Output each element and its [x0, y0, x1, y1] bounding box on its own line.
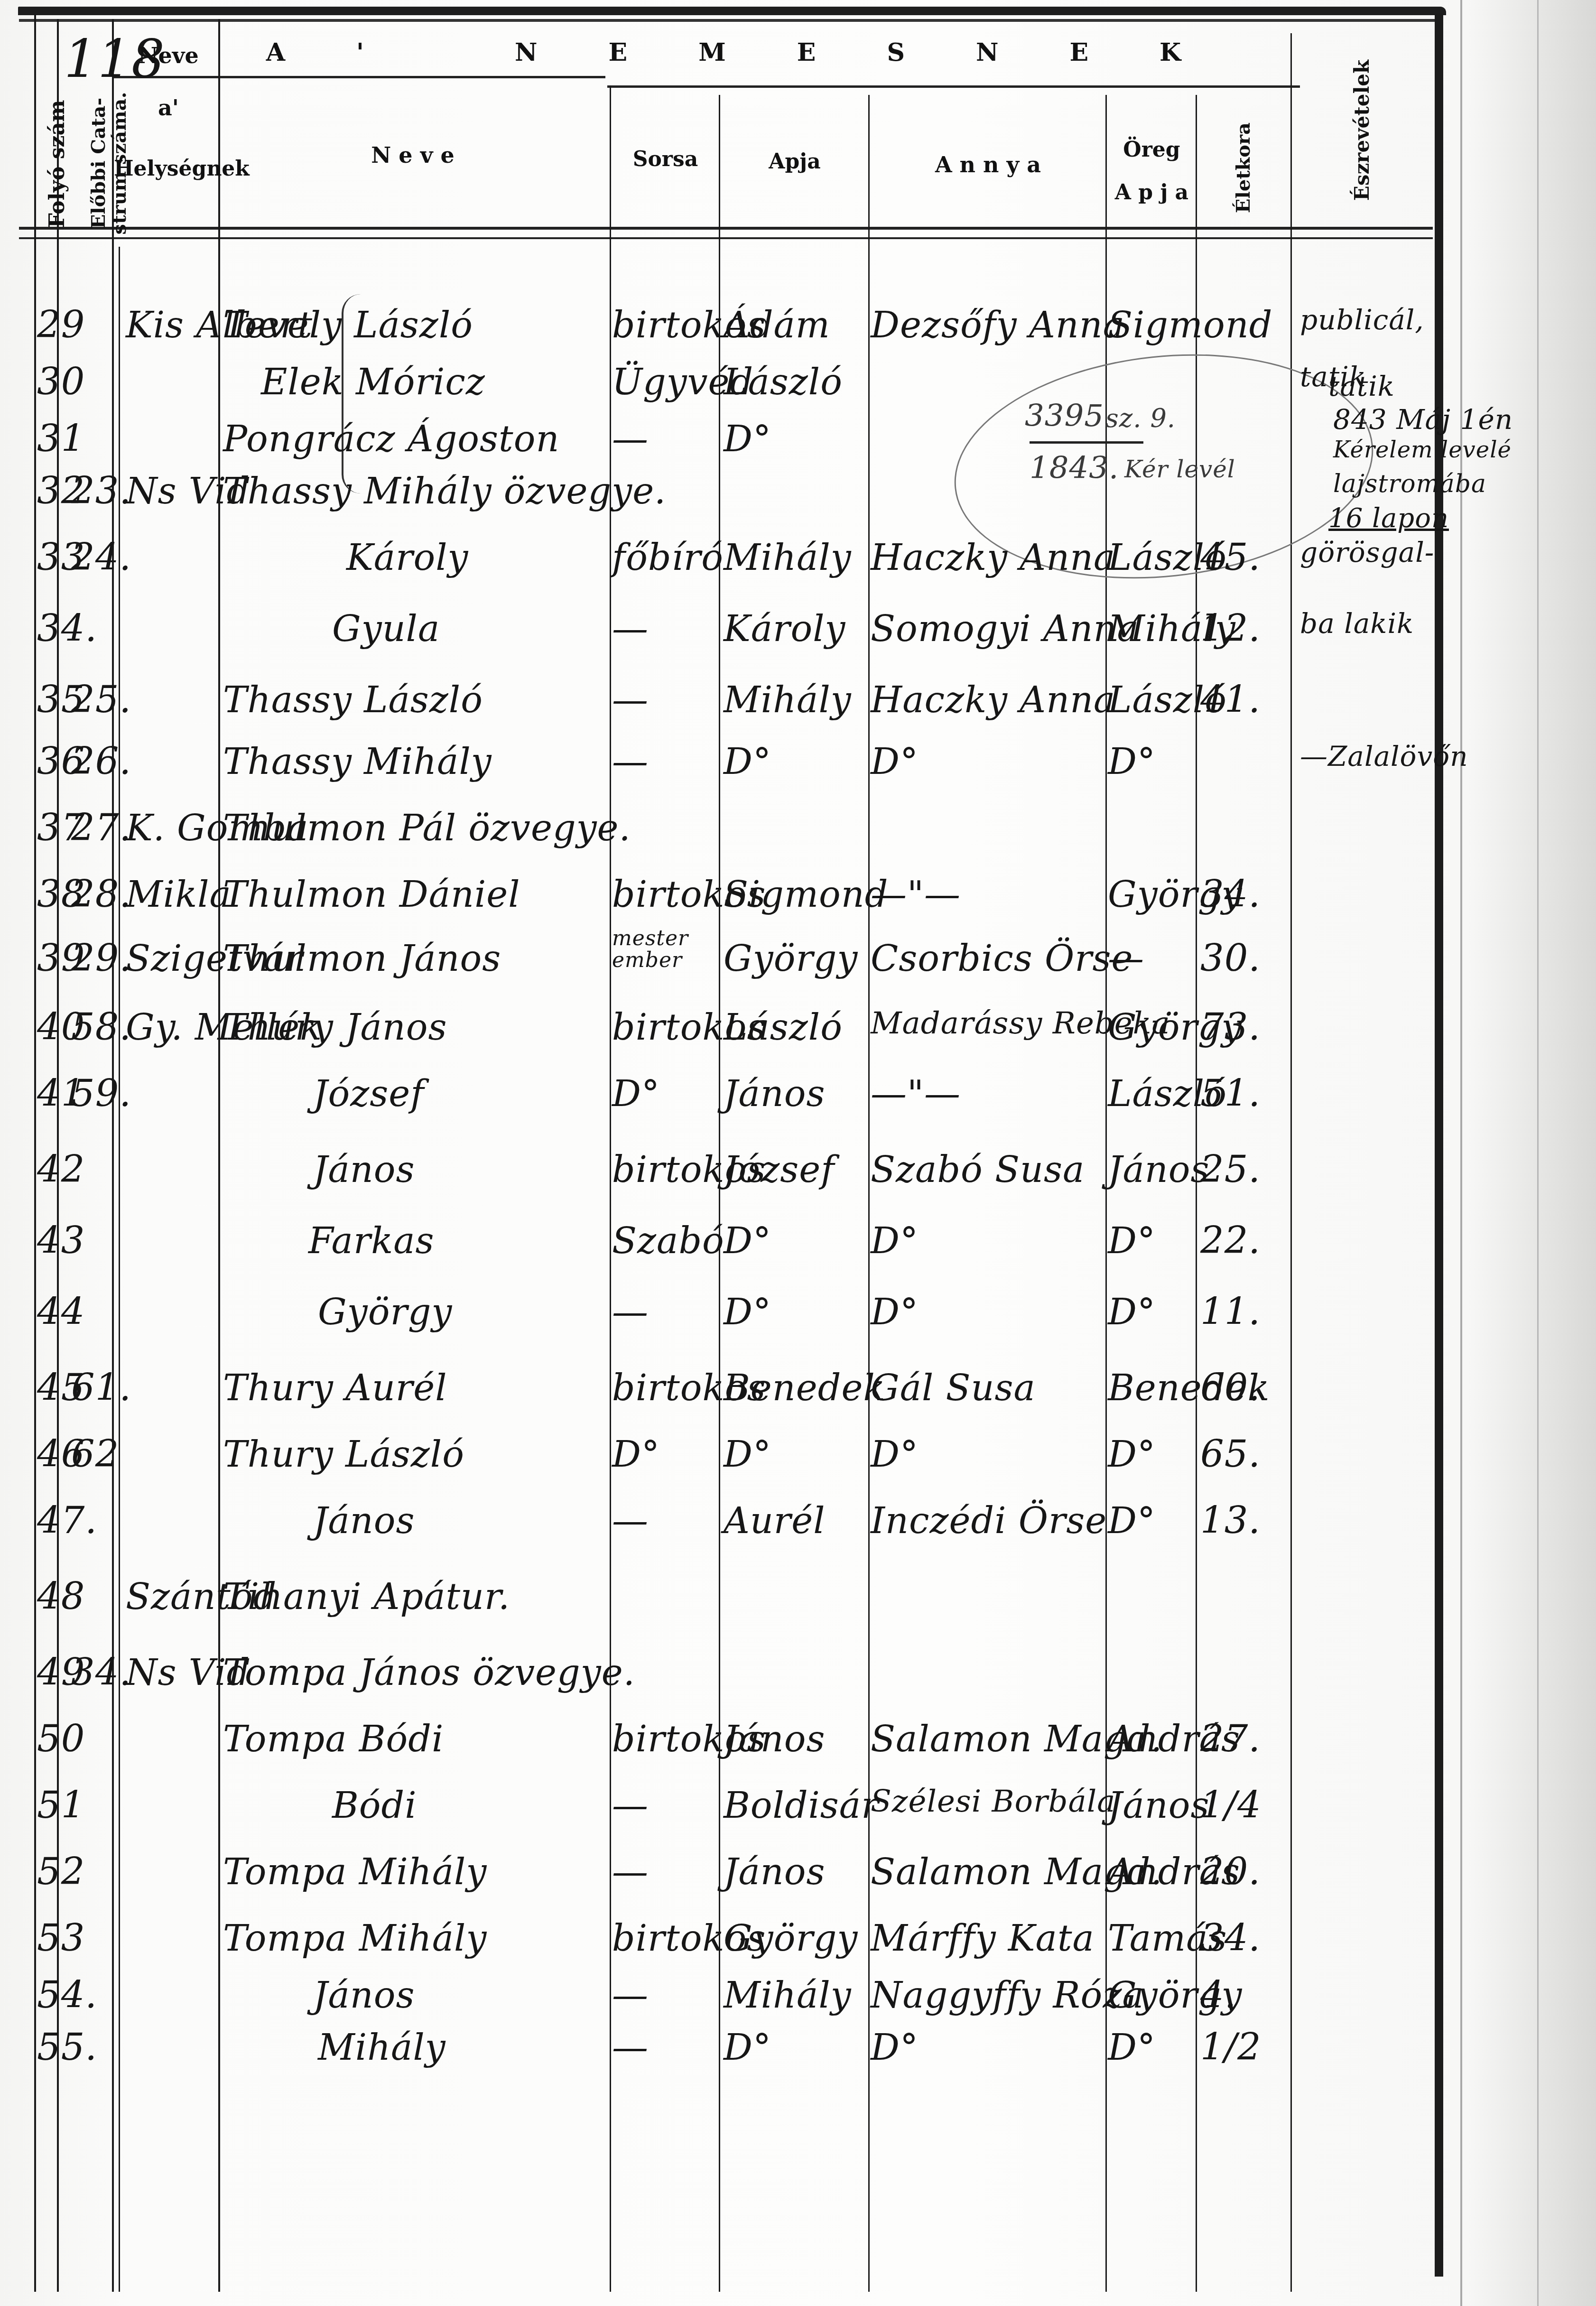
- cell-sorsa: —: [612, 607, 649, 650]
- cell-sorsa: D°: [612, 1433, 660, 1475]
- cell-folyo-szam: 34.: [37, 607, 97, 650]
- cell-eszrevetelek: görösgal-: [1300, 536, 1434, 568]
- cell-folyo-szam: 30: [37, 361, 85, 403]
- cell-catastrum: 59.: [71, 1072, 131, 1115]
- cell-neve: Thulmon Dániel: [223, 873, 520, 915]
- header-bottom-rule: [19, 227, 1433, 230]
- cell-eletkora: 13.: [1200, 1499, 1261, 1542]
- cell-annya: Haczky Anna: [871, 679, 1115, 721]
- cell-apja: László: [724, 1006, 843, 1048]
- cell-neve: Tihanyi Apátur.: [223, 1575, 510, 1618]
- cell-catastrum: 61.: [71, 1367, 131, 1409]
- top-border-rule-inner: [19, 19, 1442, 22]
- cell-annya: Somogyi Anna: [871, 607, 1139, 650]
- cell-apja: János: [724, 1718, 825, 1760]
- cell-neve: Thulmon Pál özvegye.: [223, 807, 631, 849]
- cell-eletkora: 27.: [1200, 1718, 1261, 1760]
- cell-apja: János: [724, 1850, 825, 1893]
- margin-note-3: Kérelem levelé: [1333, 437, 1512, 463]
- cell-oreg-apja: D°: [1108, 1433, 1156, 1475]
- col-rule-cat-right: [112, 19, 114, 2292]
- cell-eletkora: 73.: [1200, 1006, 1261, 1049]
- cell-folyo-szam: 53: [37, 1917, 85, 1960]
- cell-catastrum: 34.: [71, 1651, 131, 1694]
- cell-neve: Thury László: [223, 1433, 464, 1475]
- cell-sorsa: —: [612, 679, 649, 721]
- cell-eletkora: 65.: [1200, 1433, 1261, 1476]
- header-helyseg-line2: a': [119, 95, 218, 121]
- cell-folyo-szam: 47.: [37, 1499, 97, 1542]
- register-underline: [1030, 441, 1143, 444]
- cell-sorsa: —: [612, 740, 649, 782]
- cell-catastrum: 58.: [71, 1006, 131, 1049]
- register-note: Kér levél: [1124, 456, 1235, 483]
- cell-eletkora: 34.: [1200, 873, 1261, 916]
- cell-oreg-apja: D°: [1108, 1499, 1156, 1542]
- cell-neve: Károly: [346, 536, 468, 578]
- cell-neve: János: [313, 1974, 415, 2016]
- cell-annya: Inczédi Örse: [871, 1499, 1107, 1542]
- cell-annya: D°: [871, 740, 919, 782]
- cell-eszrevetelek: —Zalalövőn: [1300, 740, 1468, 772]
- margin-note-4: lajstromába: [1333, 470, 1486, 498]
- cell-sorsa: —: [612, 1974, 649, 2016]
- cell-annya: Haczky Anna: [871, 536, 1115, 578]
- cell-sorsa: —: [612, 1850, 649, 1893]
- cell-eletkora: 45.: [1200, 536, 1261, 579]
- cell-folyo-szam: 43: [37, 1219, 85, 1262]
- cell-neve: Tevely László: [223, 304, 473, 346]
- cell-eletkora: 1/4: [1200, 1784, 1262, 1827]
- page-edge-outer: [1537, 0, 1539, 2306]
- cell-sorsa: —: [612, 1784, 649, 1826]
- margin-note-5: 16 lapon: [1328, 503, 1449, 534]
- cell-neve: György: [318, 1291, 452, 1333]
- cell-neve: Thury János: [223, 1006, 447, 1048]
- cell-neve: Tompa János özvegye.: [223, 1651, 635, 1693]
- cell-neve: Thassy Mihály: [223, 740, 492, 782]
- cell-eletkora: 30.: [1200, 937, 1261, 980]
- cell-neve: Bódi: [332, 1784, 417, 1826]
- cell-catastrum: 28.: [71, 873, 131, 916]
- cell-apja: Mihály: [724, 679, 852, 721]
- cell-neve: József: [313, 1072, 424, 1115]
- cell-apja: János: [724, 1072, 825, 1115]
- subheader-rule-left: [112, 76, 605, 78]
- header-apja: Apja: [721, 149, 868, 174]
- page-edge: [1460, 0, 1462, 2306]
- cell-catastrum: 25.: [71, 679, 131, 721]
- cell-eletkora: 12.: [1200, 607, 1261, 650]
- cell-neve: Gyula: [332, 607, 440, 650]
- cell-apja: Mihály: [724, 1974, 852, 2016]
- cell-annya: Gál Susa: [871, 1367, 1036, 1409]
- cell-apja: Ádám: [724, 304, 830, 346]
- cell-oreg-apja: János: [1108, 1784, 1209, 1826]
- subheader-rule-right: [607, 85, 1300, 88]
- cell-eszrevetelek: publicál,: [1300, 304, 1424, 336]
- cell-helyseg: Mikla: [126, 873, 232, 915]
- cell-annya: —"—: [871, 1072, 961, 1115]
- cell-annya: Szabó Susa: [871, 1148, 1085, 1190]
- col-rule-nev: [610, 85, 611, 2292]
- cell-neve: Tompa Mihály: [223, 1850, 487, 1893]
- cell-neve: Pongrácz Ágoston: [223, 418, 559, 460]
- cell-sorsa: főbíró: [612, 536, 724, 578]
- cell-annya: D°: [871, 1291, 919, 1333]
- cell-annya: Szélesi Borbála: [871, 1784, 1115, 1819]
- col-rule-apja: [868, 95, 870, 2292]
- cell-neve: Thassy Mihály özvegye.: [223, 470, 666, 512]
- header-sorsa: Sorsa: [612, 147, 719, 171]
- cell-annya: D°: [871, 1433, 919, 1475]
- cell-apja: László: [724, 361, 843, 403]
- cell-apja: József: [724, 1148, 835, 1190]
- cell-apja: D°: [724, 2026, 771, 2068]
- register-year: 1843.: [1030, 451, 1119, 486]
- cell-annya: D°: [871, 1219, 919, 1262]
- cell-eszrevetelek: ba lakik: [1300, 607, 1414, 640]
- cell-folyo-szam: 50: [37, 1718, 85, 1760]
- cell-apja: Boldisár: [724, 1784, 879, 1826]
- cell-folyo-szam: 52: [37, 1850, 85, 1893]
- header-helyseg-line3: Helységnek: [114, 157, 223, 181]
- cell-folyo-szam: 54.: [37, 1974, 97, 2017]
- header-bottom-rule-2: [19, 237, 1433, 239]
- cell-sorsa: —: [612, 1291, 649, 1333]
- cell-apja: D°: [724, 1433, 771, 1475]
- header-eszrevetelek: Észrevételek: [1350, 12, 1373, 249]
- cell-apja: Sigmond: [724, 873, 888, 915]
- header-helyseg-line1: Neve: [119, 43, 218, 68]
- cell-eletkora: 22.: [1200, 1219, 1261, 1262]
- margin-note-2: 843 Máj 1én: [1333, 403, 1513, 436]
- cell-apja: Benedek: [724, 1367, 885, 1409]
- cell-annya: Márffy Kata: [871, 1917, 1095, 1959]
- cell-apja: D°: [724, 740, 771, 782]
- header-oreg-line1: Öreg: [1108, 138, 1196, 162]
- register-suffix: sz. 9.: [1105, 403, 1176, 433]
- right-border-rule: [1435, 13, 1443, 2277]
- cell-neve: János: [313, 1499, 415, 1542]
- top-border-rule: [18, 7, 1446, 15]
- cell-sorsa: Szabó: [612, 1219, 724, 1262]
- cell-apja: Aurél: [724, 1499, 825, 1542]
- cell-folyo-szam: 31: [37, 418, 85, 460]
- cell-sorsa: —: [612, 2026, 649, 2068]
- cell-folyo-szam: 29: [37, 304, 85, 346]
- cell-eletkora: 4.: [1200, 1974, 1236, 2017]
- cell-neve: Elek Móricz: [261, 361, 485, 403]
- header-annya: A n n y a: [871, 152, 1105, 177]
- cell-folyo-szam: 48: [37, 1575, 85, 1618]
- cell-neve: Tompa Mihály: [223, 1917, 487, 1959]
- cell-eletkora: 41.: [1200, 679, 1261, 721]
- cell-oreg-apja: Sigmond: [1108, 304, 1272, 346]
- cell-oreg-apja: János: [1108, 1148, 1209, 1190]
- cell-sorsa: mester ember: [612, 928, 716, 971]
- cell-folyo-szam: 55.: [37, 2026, 97, 2069]
- cell-eszrevetelek: tatik: [1300, 361, 1366, 393]
- register-number: 3395: [1025, 399, 1104, 434]
- cell-catastrum: 26.: [71, 740, 131, 783]
- cell-catastrum: 27.: [71, 807, 131, 849]
- cell-folyo-szam: 51: [37, 1784, 85, 1827]
- cell-sorsa: —: [612, 1499, 649, 1542]
- header-folyo-szam: Folyó szám: [45, 93, 69, 235]
- cell-catastrum: 62: [71, 1433, 119, 1476]
- col-rule-helyseg: [218, 19, 220, 2292]
- cell-annya: Dezsőfy Anna: [871, 304, 1125, 346]
- cell-apja: D°: [724, 1219, 771, 1262]
- cell-neve: János: [313, 1148, 415, 1190]
- col-rule-sorsa: [719, 95, 720, 2292]
- cell-neve: Tompa Bódi: [223, 1718, 444, 1760]
- cell-oreg-apja: D°: [1108, 740, 1156, 782]
- cell-oreg-apja: D°: [1108, 1291, 1156, 1333]
- col-rule-folyo: [34, 14, 36, 2292]
- header-oreg-line2: A p j a: [1108, 180, 1196, 205]
- cell-eletkora: 20.: [1200, 1850, 1261, 1893]
- cell-annya: D°: [871, 2026, 919, 2068]
- cell-neve: Mihály: [318, 2026, 446, 2068]
- cell-catastrum: 29.: [71, 937, 131, 980]
- cell-apja: D°: [724, 1291, 771, 1333]
- cell-annya: Csorbics Örse: [871, 937, 1133, 979]
- cell-sorsa: D°: [612, 1072, 660, 1115]
- cell-apja: D°: [724, 418, 771, 460]
- cell-oreg-apja: D°: [1108, 2026, 1156, 2068]
- cell-sorsa: —: [612, 418, 649, 460]
- cell-neve: Thury Aurél: [223, 1367, 447, 1409]
- cell-eletkora: 34.: [1200, 1917, 1261, 1960]
- cell-eletkora: 25.: [1200, 1148, 1261, 1191]
- cell-folyo-szam: 44: [37, 1291, 85, 1333]
- cell-neve: Farkas: [308, 1219, 435, 1262]
- cell-apja: Mihály: [724, 536, 852, 578]
- cell-eletkora: 51.: [1200, 1072, 1261, 1115]
- cell-catastrum: 24.: [71, 536, 131, 579]
- header-eletkora: Életkora: [1232, 97, 1254, 239]
- cell-annya: Naggyffy Róza: [871, 1974, 1144, 2016]
- cell-eletkora: 60.: [1200, 1367, 1261, 1409]
- cell-catastrum: 23.: [71, 470, 131, 512]
- header-nemesnek-title: A' NEMESNEK: [232, 38, 1286, 67]
- cell-apja: György: [724, 937, 858, 979]
- cell-apja: Károly: [724, 607, 845, 650]
- cell-annya: —"—: [871, 873, 961, 915]
- cell-oreg-apja: D°: [1108, 1219, 1156, 1262]
- cell-eletkora: 11.: [1200, 1291, 1261, 1333]
- cell-oreg-apja: —: [1108, 937, 1144, 979]
- cell-neve: Thassy László: [223, 679, 483, 721]
- header-neve: N e v e: [223, 142, 603, 168]
- cell-apja: György: [724, 1917, 858, 1959]
- cell-folyo-szam: 42: [37, 1148, 85, 1191]
- cell-eletkora: 1/2: [1200, 2026, 1262, 2069]
- cell-neve: Thulmon János: [223, 937, 501, 979]
